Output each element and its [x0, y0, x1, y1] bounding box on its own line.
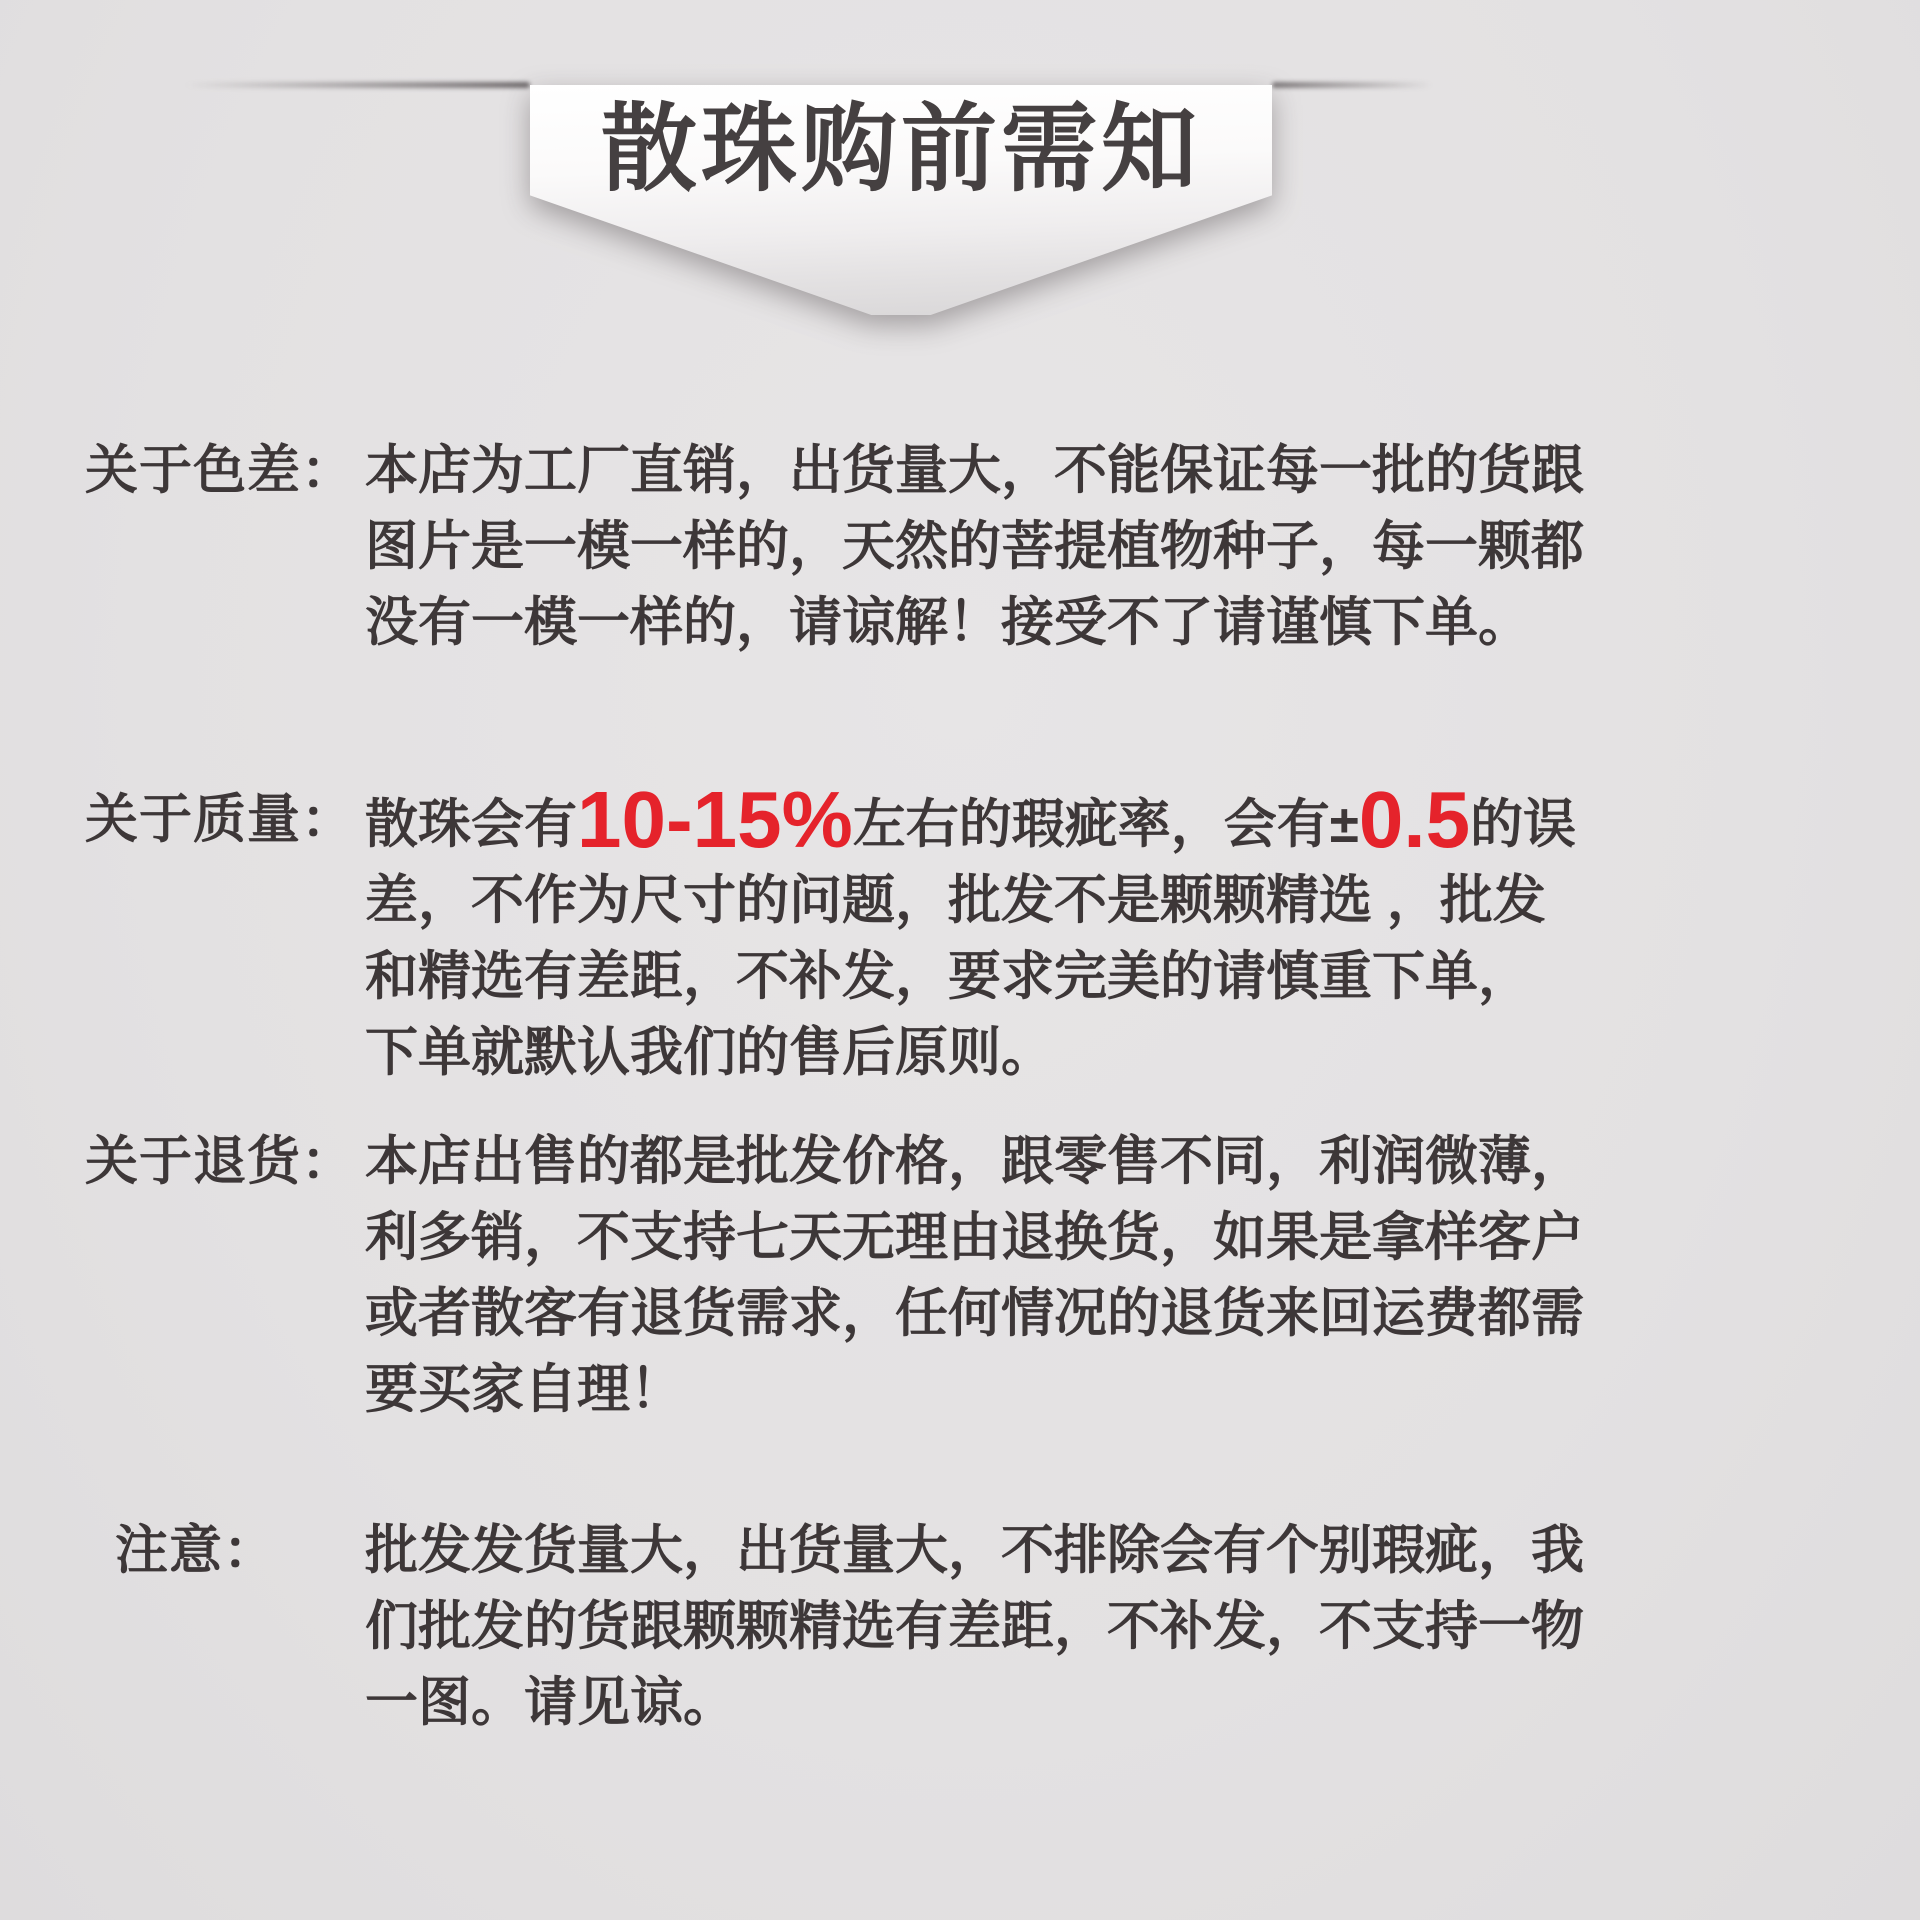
notice-content: 关于色差： 本店为工厂直销，出货量大，不能保证每一批的货跟 图片是一模一样的，天… [0, 433, 1920, 1741]
section-paragraph-color-difference: 本店为工厂直销，出货量大，不能保证每一批的货跟 图片是一模一样的，天然的菩提植物… [365, 433, 1870, 661]
paragraph-text: 左右的瑕疵率，会有± [853, 795, 1359, 854]
notice-poster: 散珠购前需知 关于色差： 本店为工厂直销，出货量大，不能保证每一批的货跟 图片是… [0, 0, 1920, 1920]
paragraph-text: 本店出售的都是批发价格，跟零售不同，利润微薄， 利多销，不支持七天无理由退换货，… [365, 1132, 1584, 1419]
banner-title: 散珠购前需知 [530, 85, 1272, 197]
banner-zone: 散珠购前需知 [0, 0, 1920, 330]
section-paragraph-quality: 散珠会有10-15%左右的瑕疵率，会有±0.5的误 差，不作为尺寸的问题，批发不… [365, 782, 1870, 1091]
ribbon-shadow-right [1272, 82, 1432, 88]
section-returns: 关于退货： 本店出售的都是批发价格，跟零售不同，利润微薄， 利多销，不支持七天无… [0, 1124, 1920, 1428]
highlight-red-text: 10-15% [577, 775, 853, 864]
highlight-red-text: 0.5 [1359, 775, 1470, 864]
section-label-notice: 注意： [85, 1513, 365, 1589]
section-paragraph-returns: 本店出售的都是批发价格，跟零售不同，利润微薄， 利多销，不支持七天无理由退换货，… [365, 1124, 1870, 1428]
section-label-quality: 关于质量： [85, 782, 365, 858]
paragraph-text: 散珠会有 [365, 795, 577, 854]
section-label-returns: 关于退货： [85, 1124, 365, 1200]
section-paragraph-notice: 批发发货量大，出货量大，不排除会有个别瑕疵，我 们批发的货跟颗颗精选有差距，不补… [365, 1513, 1870, 1741]
paragraph-text: 批发发货量大，出货量大，不排除会有个别瑕疵，我 们批发的货跟颗颗精选有差距，不补… [365, 1521, 1584, 1732]
section-color-difference: 关于色差： 本店为工厂直销，出货量大，不能保证每一批的货跟 图片是一模一样的，天… [0, 433, 1920, 661]
section-label-color-difference: 关于色差： [85, 433, 365, 509]
section-quality: 关于质量： 散珠会有10-15%左右的瑕疵率，会有±0.5的误 差，不作为尺寸的… [0, 782, 1920, 1091]
ribbon-banner: 散珠购前需知 [530, 85, 1272, 315]
paragraph-text: 本店为工厂直销，出货量大，不能保证每一批的货跟 图片是一模一样的，天然的菩提植物… [365, 441, 1584, 652]
section-notice: 注意： 批发发货量大，出货量大，不排除会有个别瑕疵，我 们批发的货跟颗颗精选有差… [0, 1513, 1920, 1741]
ribbon-shadow-left [185, 82, 530, 88]
